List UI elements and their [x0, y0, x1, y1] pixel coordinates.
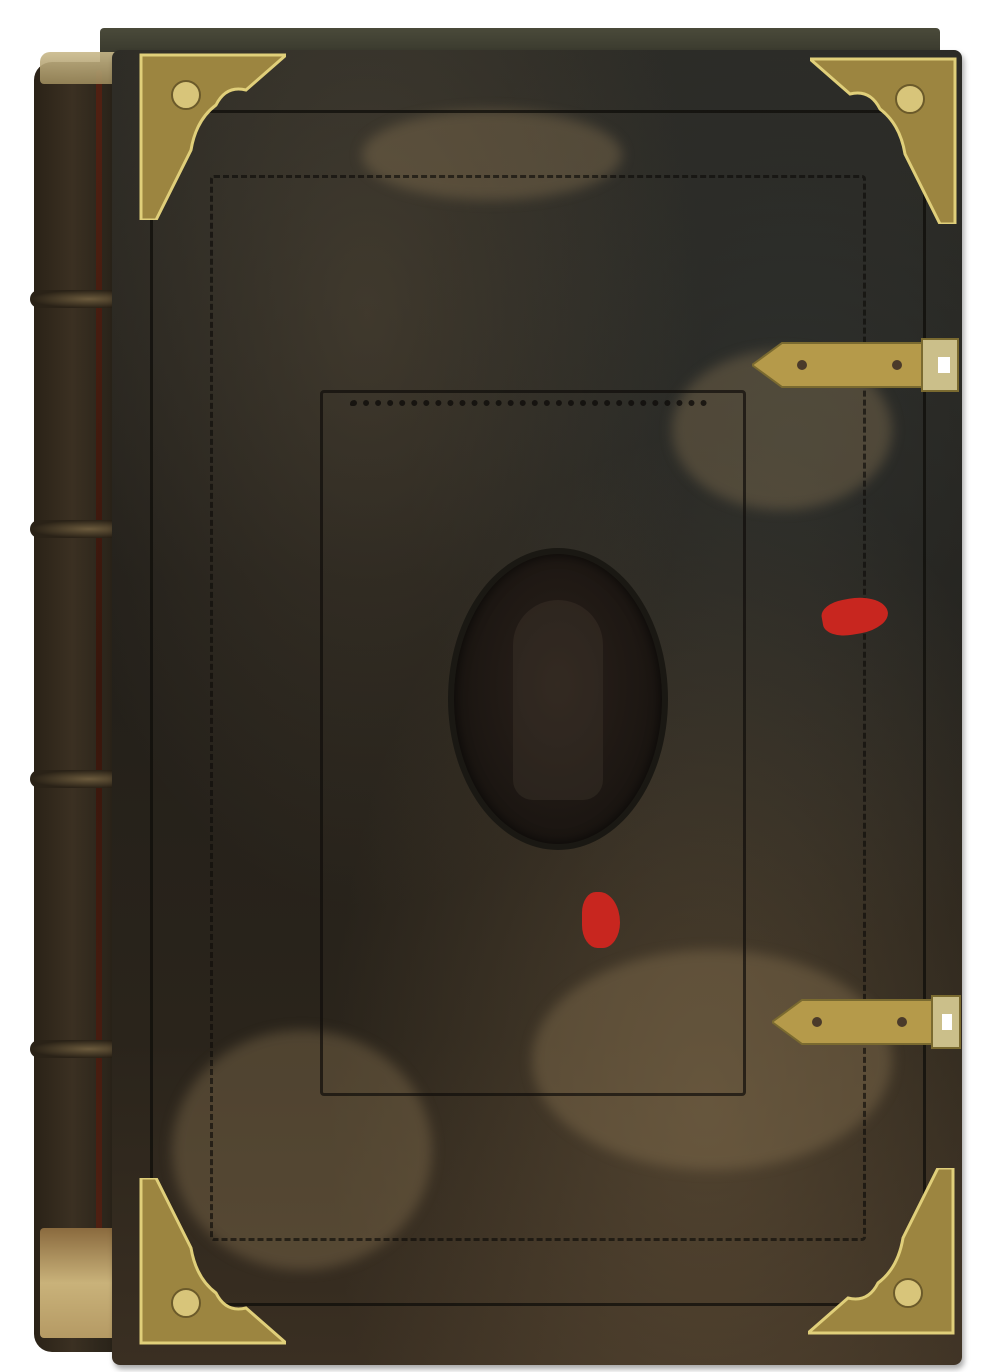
oval-medallion	[448, 548, 668, 850]
brass-corner-top-left	[136, 50, 286, 220]
spine-crack	[96, 70, 102, 1300]
brass-corner-bottom-left	[136, 1178, 286, 1348]
brass-clasp-upper	[752, 335, 962, 395]
brass-corner-top-right	[810, 54, 960, 224]
medallion-figure	[513, 600, 603, 800]
tooled-chain-border	[350, 400, 710, 426]
book-photo	[0, 0, 1000, 1372]
brass-corner-bottom-right	[808, 1168, 958, 1338]
brass-clasp-lower	[772, 992, 982, 1052]
